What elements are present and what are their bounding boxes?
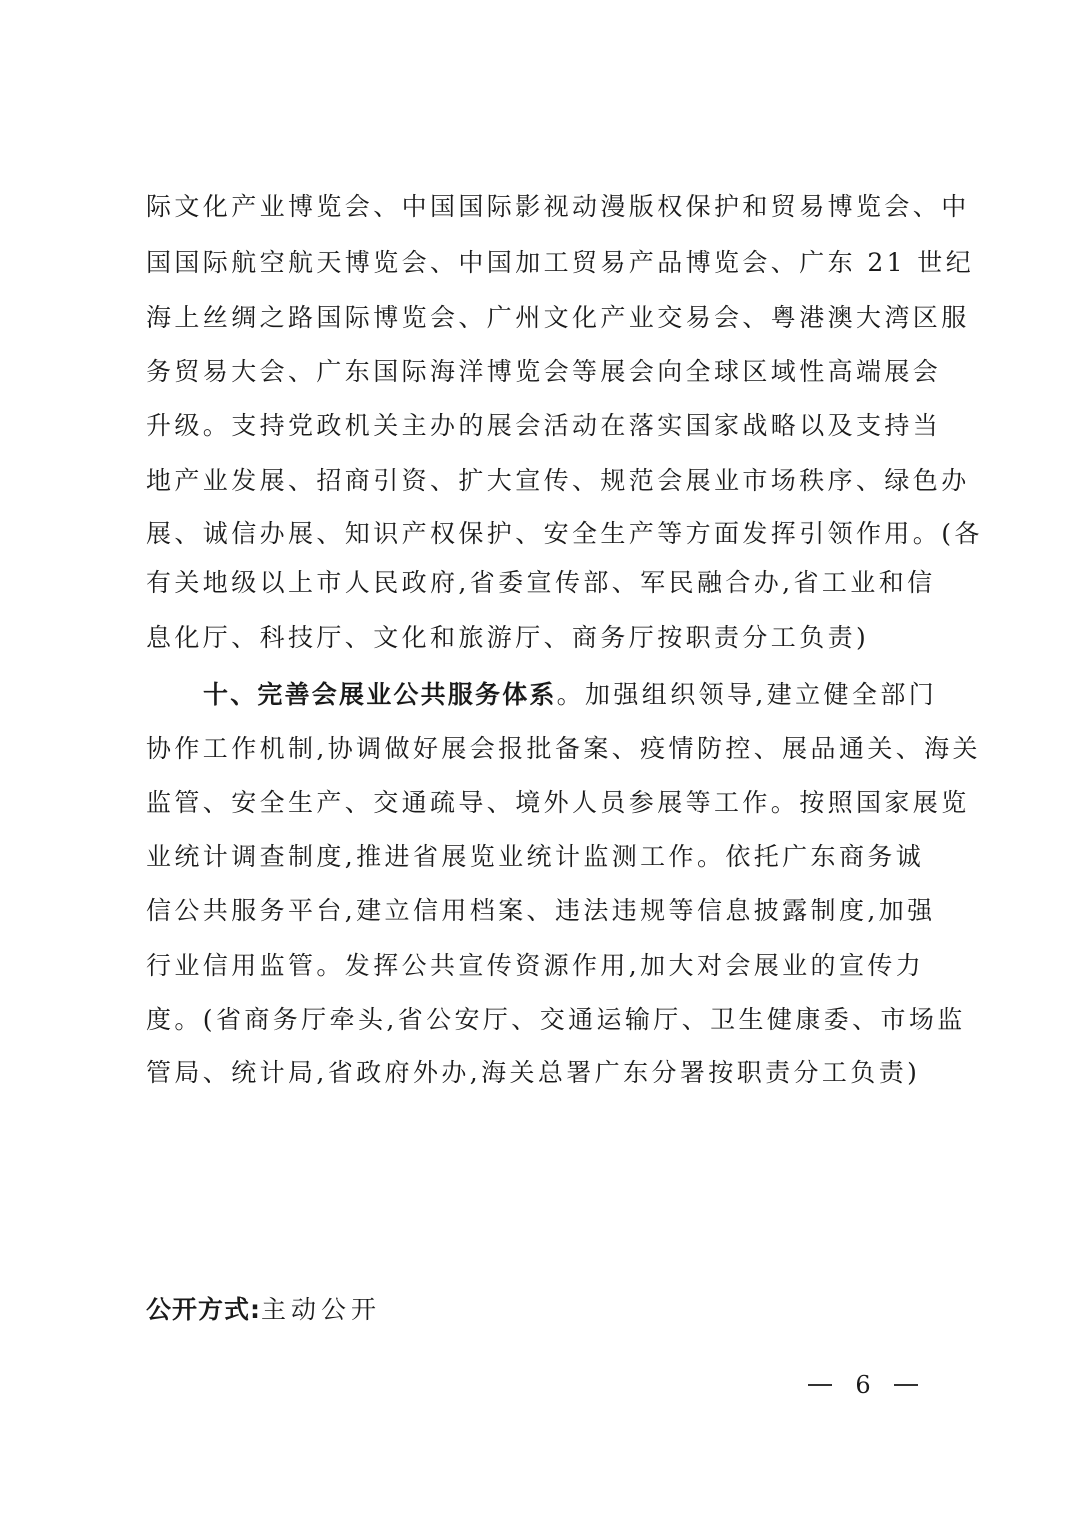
page-number: 6 — [808, 1365, 918, 1405]
text-line: 务贸易大会、广东国际海洋博览会等展会向全球区域性高端展会 — [146, 345, 946, 399]
dash-left-icon — [808, 1384, 832, 1386]
document-page: 际文化产业博览会、中国国际影视动漫版权保护和贸易博览会、中 国国际航空航天博览会… — [0, 0, 1080, 1527]
disclosure-method: 公开方式:主动公开 — [146, 1283, 381, 1337]
page-number-value: 6 — [855, 1365, 870, 1405]
section-heading: 十、完善会展业公共服务体系 — [203, 680, 557, 709]
text-line: 国国际航空航天博览会、中国加工贸易产品博览会、广东 21 世纪 — [146, 236, 946, 290]
dash-right-icon — [894, 1384, 918, 1386]
text-line: 协作工作机制,协调做好展会报批备案、疫情防控、展品通关、海关 — [146, 722, 946, 776]
disclosure-label: 公开方式: — [146, 1295, 261, 1324]
text-line: 信公共服务平台,建立信用档案、违法违规等信息披露制度,加强 — [146, 884, 946, 938]
text-line: 息化厅、科技厅、文化和旅游厅、商务厅按职责分工负责) — [146, 611, 946, 665]
text-line: 度。(省商务厅牵头,省公安厅、交通运输厅、卫生健康委、市场监 — [146, 993, 946, 1047]
text-line: 管局、统计局,省政府外办,海关总署广东分署按职责分工负责) — [146, 1046, 946, 1100]
paragraph-2-first-line: 十、完善会展业公共服务体系。加强组织领导,建立健全部门 — [203, 668, 948, 722]
text-line: 地产业发展、招商引资、扩大宣传、规范会展业市场秩序、绿色办 — [146, 454, 946, 508]
text-run: 。加强组织领导,建立健全部门 — [557, 680, 938, 709]
text-line: 海上丝绸之路国际博览会、广州文化产业交易会、粤港澳大湾区服 — [146, 291, 946, 345]
text-line: 有关地级以上市人民政府,省委宣传部、军民融合办,省工业和信 — [146, 556, 946, 610]
text-line: 业统计调查制度,推进省展览业统计监测工作。依托广东商务诚 — [146, 830, 946, 884]
text-line: 升级。支持党政机关主办的展会活动在落实国家战略以及支持当 — [146, 399, 946, 453]
text-line: 行业信用监管。发挥公共宣传资源作用,加大对会展业的宣传力 — [146, 939, 946, 993]
text-line: 际文化产业博览会、中国国际影视动漫版权保护和贸易博览会、中 — [146, 180, 946, 234]
text-line: 展、诚信办展、知识产权保护、安全生产等方面发挥引领作用。(各 — [146, 507, 946, 561]
disclosure-value: 主动公开 — [261, 1295, 381, 1324]
text-line: 监管、安全生产、交通疏导、境外人员参展等工作。按照国家展览 — [146, 776, 946, 830]
